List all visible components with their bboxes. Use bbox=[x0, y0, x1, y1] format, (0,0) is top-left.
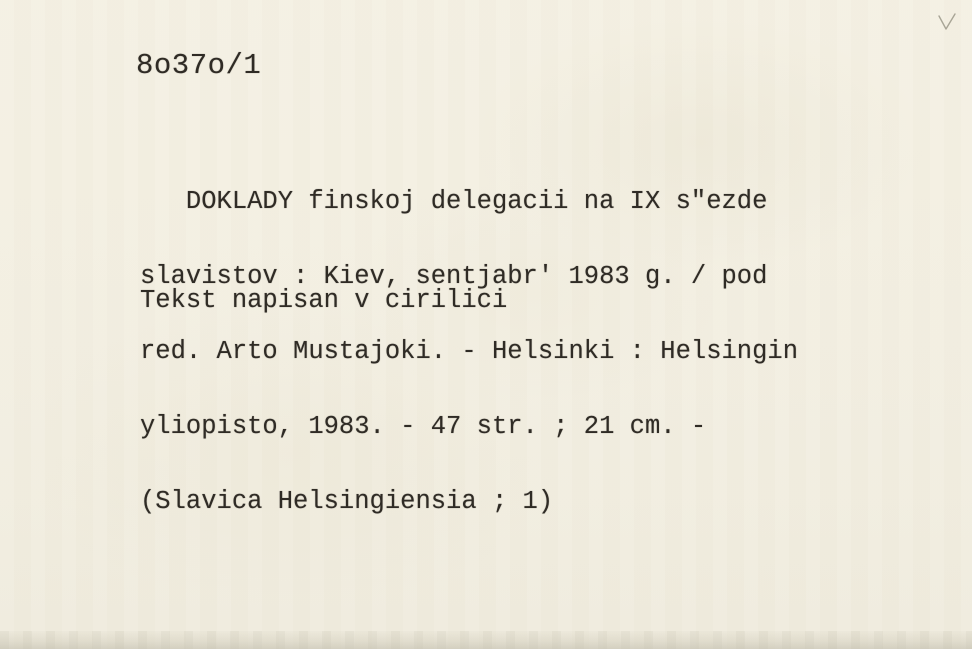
card-bottom-edge bbox=[0, 631, 972, 649]
entry-line: (Slavica Helsingiensia ; 1) bbox=[140, 489, 798, 514]
catalog-card: 8o37o/1 DOKLADY finskoj delegacii na IX … bbox=[0, 0, 972, 649]
bibliographic-entry: DOKLADY finskoj delegacii na IX s"ezde s… bbox=[140, 139, 798, 564]
entry-line: yliopisto, 1983. - 47 str. ; 21 cm. - bbox=[140, 414, 798, 439]
pencil-checkmark-icon bbox=[936, 11, 958, 33]
entry-line: red. Arto Mustajoki. - Helsinki : Helsin… bbox=[140, 339, 798, 364]
call-number: 8o37o/1 bbox=[136, 51, 261, 80]
language-note: Tekst napisan v cirilici bbox=[140, 288, 507, 313]
entry-line: DOKLADY finskoj delegacii na IX s"ezde bbox=[140, 189, 798, 214]
